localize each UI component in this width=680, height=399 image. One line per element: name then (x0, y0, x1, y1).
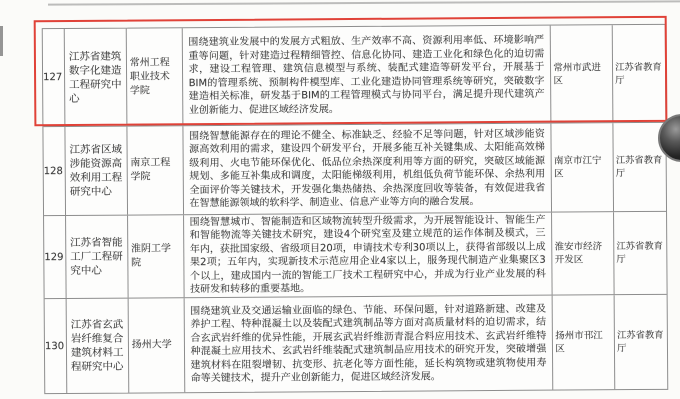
institution-name: 淮阴工学院 (128, 215, 184, 297)
center-name: 江苏省区域涉能资源高效利用工程研究中心 (65, 127, 127, 215)
row-index: 129 (44, 216, 66, 298)
research-description: 围绕智慧能源存在的理论不健全、标准缺乏、经验不足等问题，针对区域涉能资源高效利用… (183, 124, 552, 215)
location: 南京市江宁区 (552, 123, 614, 211)
row-index: 127 (43, 29, 66, 126)
institution-name: 常州工程职业技术学院 (126, 28, 183, 125)
research-description: 围绕建筑业发展中的发展方式粗放、生产效率不高、资源利用率低、环境影响严重等问题，… (182, 26, 551, 126)
table-row-127: 127 江苏省建筑数字化建造工程研究中心 常州工程职业技术学院 围绕建筑业发展中… (43, 25, 666, 127)
location: 扬州市邗江区 (553, 295, 615, 389)
scan-artifact-left-mark (0, 26, 3, 56)
research-description: 围绕建筑业及交通运输业面临的绿色、节能、环保问题，针对道路新建、改建及养护工程、… (184, 296, 553, 393)
scan-artifact-top-line (48, 0, 680, 5)
location: 常州市武进区 (551, 25, 613, 122)
location: 淮安市经济开发区 (552, 212, 614, 294)
table-row-130: 130 江苏省玄武岩纤维复合建筑材料工程研究中心 扬州大学 围绕建筑业及交通运输… (45, 295, 668, 393)
row-index: 128 (43, 127, 66, 215)
row-index: 130 (45, 299, 68, 393)
approving-authority: 江苏省教育厅 (615, 295, 667, 389)
institution-name: 南京工程学院 (127, 126, 183, 214)
table-row-128: 128 江苏省区域涉能资源高效利用工程研究中心 南京工程学院 围绕智慧能源存在的… (43, 123, 666, 216)
scanned-table-sheet: 127 江苏省建筑数字化建造工程研究中心 常州工程职业技术学院 围绕建筑业发展中… (42, 24, 669, 394)
approving-authority: 江苏省教育厅 (614, 212, 666, 294)
center-name: 江苏省智能工厂工程研究中心 (66, 216, 128, 298)
center-name: 江苏省玄武岩纤维复合建筑材料工程研究中心 (67, 299, 129, 393)
table-row-129: 129 江苏省智能工厂工程研究中心 淮阴工学院 围绕智慧城市、智能制造和区域物流… (44, 212, 667, 299)
center-name: 江苏省建筑数字化建造工程研究中心 (65, 29, 127, 126)
research-description: 围绕智慧城市、智能制造和区域物流转型升级需求，为开展智能设计、智能生产和智能物流… (184, 213, 553, 298)
institution-name: 扬州大学 (128, 298, 184, 392)
approval-table: 127 江苏省建筑数字化建造工程研究中心 常州工程职业技术学院 围绕建筑业发展中… (42, 24, 669, 394)
approving-authority: 江苏省教育厅 (613, 25, 666, 122)
